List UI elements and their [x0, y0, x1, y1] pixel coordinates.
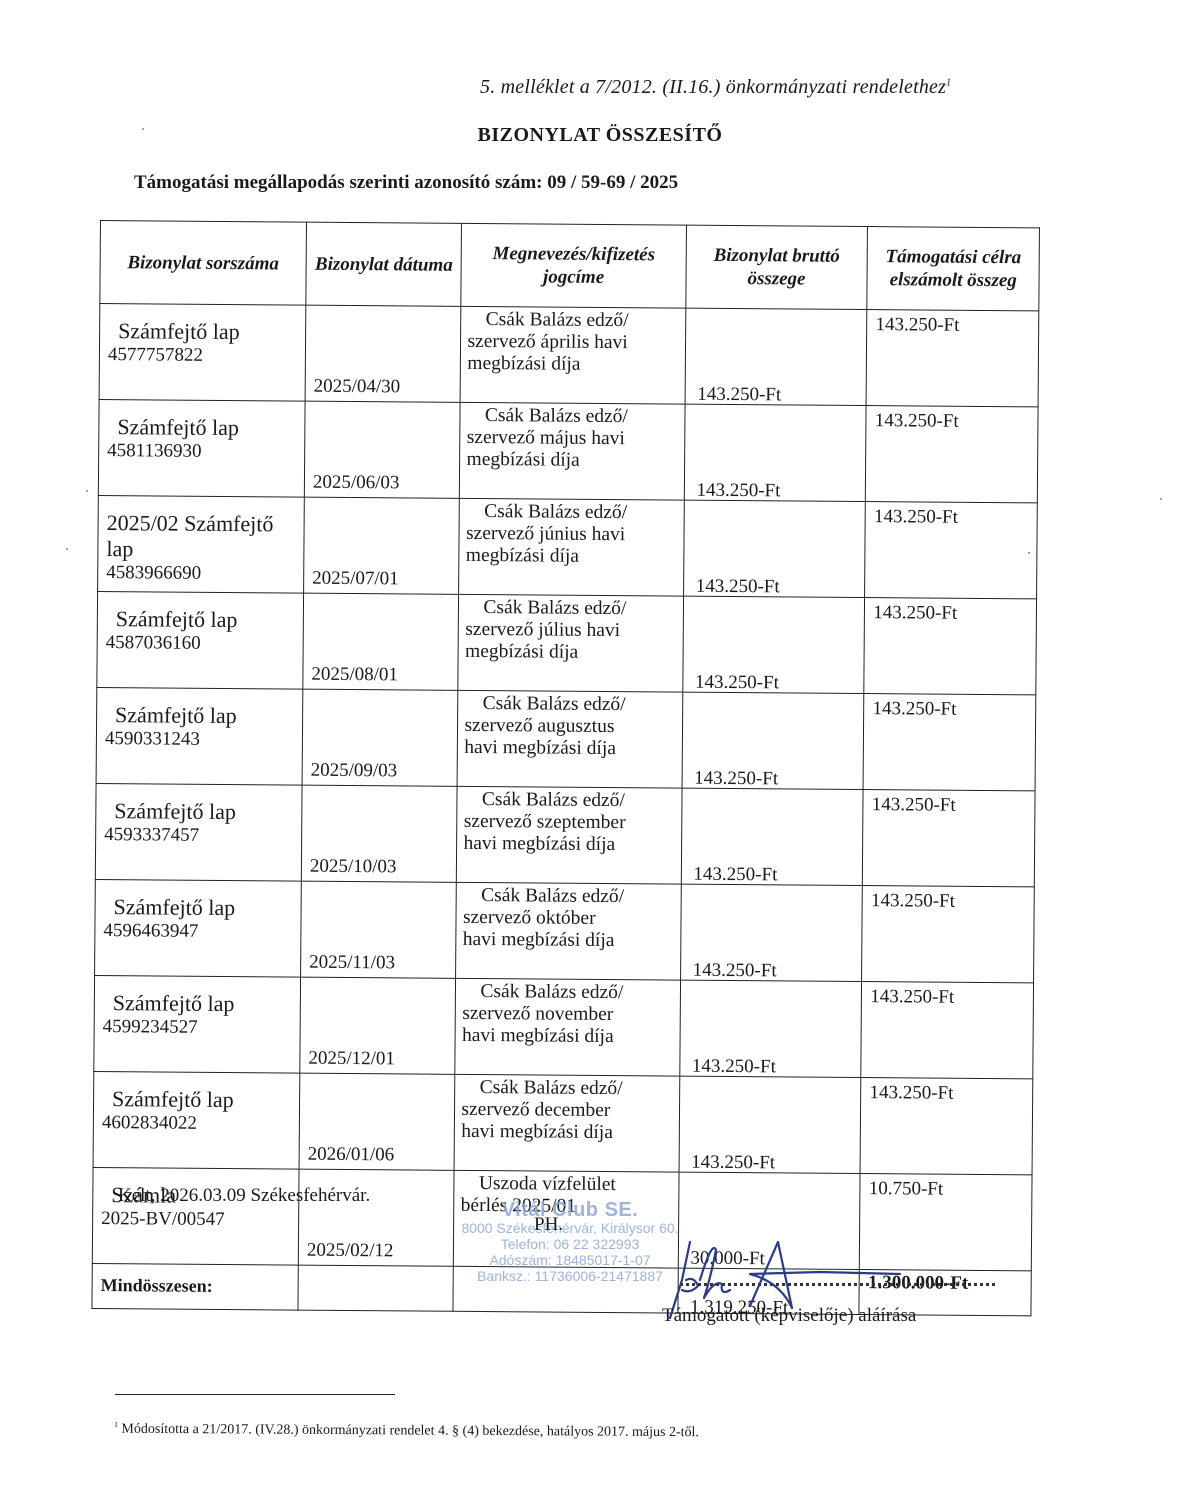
description-cell: Csák Balázs edző/szervező szeptemberhavi…: [457, 786, 682, 884]
receipt-summary-table: Bizonylat sorszáma Bizonylat dátuma Megn…: [91, 220, 1040, 1316]
doc-number: 4587036160: [106, 632, 297, 655]
description-line: Csák Balázs edző/: [463, 885, 676, 909]
doc-type: Számfejtő lap: [102, 1086, 293, 1113]
supported-cell: 143.250-Ft: [860, 1078, 1032, 1175]
gross-cell: 143.250-Ft: [685, 308, 867, 405]
supported-amount: 10.750-Ft: [869, 1178, 944, 1201]
description-line: Csák Balázs edző/: [464, 789, 677, 813]
document-title: BIZONYLAT ÖSSZESÍTŐ: [0, 124, 1200, 147]
description-line: Csák Balázs edző/: [465, 597, 678, 621]
gross-cell: 143.250-Ft: [683, 500, 865, 597]
total-date-cell: [298, 1265, 454, 1311]
description-line: havi megbízási díja: [463, 833, 676, 857]
description-line: szervező augusztus: [464, 715, 677, 739]
table-row: Számfejtő lap 4593337457 2025/10/03 Csák…: [95, 783, 1035, 886]
gross-amount: 143.250-Ft: [696, 576, 780, 599]
supported-amount: 143.250-Ft: [869, 1082, 953, 1105]
description-line: Csák Balázs edző/: [462, 981, 675, 1005]
doc-cell: Számfejtő lap 4581136930: [98, 399, 305, 497]
doc-cell: Számfejtő lap 4590331243: [96, 687, 303, 785]
date-cell: 2025/04/30: [305, 305, 461, 402]
doc-number: 4581136930: [107, 440, 298, 463]
gross-cell: 143.250-Ft: [682, 596, 864, 693]
supported-amount: 143.250-Ft: [872, 794, 956, 817]
column-header-supported-amount: Támogatási célra elszámolt összeg: [867, 227, 1039, 311]
doc-number: 4599234527: [103, 1016, 294, 1039]
description-line: Uszoda vízfelület: [461, 1173, 674, 1197]
description-line: Csák Balázs edző/: [467, 405, 680, 429]
gross-amount: 143.250-Ft: [692, 1056, 776, 1079]
description-line: megbízási díja: [466, 449, 679, 473]
date-cell: 2025/11/03: [301, 881, 457, 978]
description-line: szervező november: [462, 1003, 675, 1027]
gross-amount: 143.250-Ft: [693, 864, 777, 887]
supported-amount: 143.250-Ft: [875, 410, 959, 433]
description-line: havi megbízási díja: [461, 1121, 674, 1145]
supported-amount: 143.250-Ft: [871, 890, 955, 913]
gross-cell: 143.250-Ft: [680, 884, 862, 981]
supported-cell: 143.250-Ft: [863, 790, 1035, 887]
doc-cell: Számfejtő lap 4599234527: [94, 975, 301, 1073]
description-cell: Csák Balázs edző/szervező augusztushavi …: [458, 690, 683, 788]
date-cell: 2026/01/06: [299, 1073, 455, 1170]
description-line: havi megbízási díja: [463, 929, 676, 953]
doc-number: 2025-BV/00547: [101, 1208, 292, 1231]
doc-type: Számfejtő lap: [108, 318, 299, 345]
gross-cell: 143.250-Ft: [679, 980, 861, 1077]
description-cell: Csák Balázs edző/szervező októberhavi me…: [456, 882, 681, 980]
description-line: szervező április havi: [467, 331, 680, 355]
doc-date: 2025/12/01: [308, 1048, 395, 1071]
doc-number: 4583966690: [106, 562, 297, 585]
column-header-doc-number: Bizonylat sorszáma: [100, 221, 307, 306]
gross-cell: 143.250-Ft: [684, 404, 866, 501]
gross-amount: 143.250-Ft: [694, 768, 778, 791]
doc-cell: Számfejtő lap 4596463947: [95, 879, 302, 977]
supported-cell: 143.250-Ft: [863, 694, 1035, 791]
description-line: Csák Balázs edző/: [462, 1077, 675, 1101]
agreement-id-line: Támogatási megállapodás szerinti azonosí…: [134, 172, 678, 194]
doc-date: 2025/10/03: [310, 856, 397, 879]
footnote-ref: 1: [114, 1420, 118, 1429]
description-line: szervező december: [461, 1099, 674, 1123]
table-row: Számfejtő lap 4581136930 2025/06/03 Csák…: [98, 399, 1038, 502]
signature-label: Támogatott (képviselője) aláírása: [662, 1305, 916, 1327]
description-line: Csák Balázs edző/: [465, 693, 678, 717]
date-cell: 2025/06/03: [304, 401, 460, 498]
description-line: szervező október: [463, 907, 676, 931]
doc-date: 2025/02/12: [307, 1240, 394, 1263]
description-cell: Csák Balázs edző/szervező május havimegb…: [460, 402, 685, 500]
table-row: Számfejtő lap 4599234527 2025/12/01 Csák…: [94, 975, 1034, 1078]
gross-cell: 143.250-Ft: [682, 692, 864, 789]
doc-number: 4602834022: [102, 1112, 293, 1135]
doc-date: 2025/04/30: [314, 376, 401, 399]
table-row: Számfejtő lap 4602834022 2026/01/06 Csák…: [93, 1071, 1033, 1174]
supported-cell: 143.250-Ft: [866, 310, 1038, 407]
supported-amount: 143.250-Ft: [875, 314, 959, 337]
supported-cell: 143.250-Ft: [861, 982, 1033, 1079]
table-row: Számfejtő lap 4596463947 2025/11/03 Csák…: [95, 879, 1035, 982]
gross-amount: 143.250-Ft: [691, 1152, 775, 1175]
date-cell: 2025/07/01: [304, 497, 460, 594]
description-line: szervező július havi: [465, 619, 678, 643]
doc-date: 2025/06/03: [313, 472, 400, 495]
gross-cell: 143.250-Ft: [679, 1076, 861, 1173]
doc-type: Számfejtő lap: [104, 894, 295, 921]
supported-cell: 143.250-Ft: [862, 886, 1034, 983]
place-and-date: Kelt, 2026.03.09 Székesfehérvár.: [118, 1185, 370, 1207]
date-cell: 2025/12/01: [300, 977, 456, 1074]
description-line: megbízási díja: [466, 545, 679, 569]
column-header-doc-date: Bizonylat dátuma: [306, 222, 462, 306]
description-line: Csák Balázs edző/: [468, 309, 681, 333]
doc-number: 4596463947: [103, 920, 294, 943]
date-cell: 2025/09/03: [302, 689, 458, 786]
footnote-separator: [115, 1394, 395, 1395]
supported-cell: 143.250-Ft: [864, 598, 1036, 695]
description-line: Csák Balázs edző/: [466, 501, 679, 525]
gross-amount: 143.250-Ft: [696, 480, 780, 503]
doc-number: 4590331243: [105, 728, 296, 751]
footnote-text: Módosította a 21/2017. (IV.28.) önkormán…: [121, 1422, 699, 1441]
description-cell: Csák Balázs edző/szervező július havimeg…: [458, 594, 683, 692]
doc-date: 2025/11/03: [309, 952, 395, 975]
total-label: Mindösszesen:: [101, 1274, 213, 1297]
description-cell: Csák Balázs edző/szervező decemberhavi m…: [455, 1074, 680, 1172]
date-cell: 2025/08/01: [303, 593, 459, 690]
seal-placeholder: PH.: [534, 1214, 563, 1236]
column-header-description: Megnevezés/kifizetés jogcíme: [461, 223, 686, 308]
doc-cell: Számfejtő lap 4587036160: [97, 591, 304, 689]
doc-type: Számfejtő lap: [106, 606, 297, 633]
stamp-name: Vitál Club SE.: [440, 1200, 700, 1220]
description-line: megbízási díja: [465, 641, 678, 665]
doc-number: 4577757822: [108, 344, 299, 367]
doc-cell: Számfejtő lap 4602834022: [93, 1071, 300, 1169]
description-line: havi megbízási díja: [464, 737, 677, 761]
doc-cell: 2025/02 Számfejtő lap 4583966690: [98, 495, 305, 593]
table-row: Számfejtő lap 4587036160 2025/08/01 Csák…: [97, 591, 1037, 694]
doc-number: 4593337457: [104, 824, 295, 847]
table-header-row: Bizonylat sorszáma Bizonylat dátuma Megn…: [100, 221, 1040, 311]
table-row: Számfejtő lap 4577757822 2025/04/30 Csák…: [99, 304, 1039, 407]
date-cell: 2025/02/12: [298, 1169, 454, 1266]
description-line: megbízási díja: [467, 353, 680, 377]
doc-type: 2025/02 Számfejtő lap: [106, 510, 297, 563]
description-line: szervező május havi: [467, 427, 680, 451]
supported-cell: 143.250-Ft: [865, 502, 1037, 599]
description-cell: Csák Balázs edző/szervező június havimeg…: [459, 498, 684, 596]
doc-cell: Számfejtő lap 4577757822: [99, 304, 306, 402]
description-line: havi megbízási díja: [462, 1025, 675, 1049]
doc-type: Számfejtő lap: [103, 990, 294, 1017]
footnote-marker: 1: [946, 77, 951, 88]
description-cell: Csák Balázs edző/szervező novemberhavi m…: [455, 978, 680, 1076]
supported-amount: 143.250-Ft: [872, 698, 956, 721]
gross-amount: 143.250-Ft: [693, 960, 777, 983]
doc-cell: Számfejtő lap 4593337457: [95, 783, 302, 881]
doc-date: 2026/01/06: [308, 1144, 395, 1167]
supported-amount: 143.250-Ft: [870, 986, 954, 1009]
doc-date: 2025/07/01: [312, 568, 399, 591]
gross-amount: 143.250-Ft: [695, 672, 779, 695]
doc-type: Számfejtő lap: [104, 798, 295, 825]
doc-date: 2025/09/03: [311, 760, 398, 783]
gross-cell: 143.250-Ft: [681, 788, 863, 885]
table-row: Számfejtő lap 4590331243 2025/09/03 Csák…: [96, 687, 1036, 790]
table-row: 2025/02 Számfejtő lap 4583966690 2025/07…: [98, 495, 1038, 598]
footnote: 1 Módosította a 21/2017. (IV.28.) önkorm…: [114, 1420, 699, 1441]
supported-amount: 143.250-Ft: [874, 506, 958, 529]
date-cell: 2025/10/03: [301, 785, 457, 882]
description-cell: Csák Balázs edző/szervező április havime…: [461, 306, 686, 404]
column-header-gross-amount: Bizonylat bruttó összege: [685, 225, 867, 309]
doc-cell: Számla 2025-BV/00547: [92, 1167, 299, 1265]
annex-reference: 5. melléklet a 7/2012. (II.16.) önkormán…: [480, 76, 951, 99]
description-line: szervező szeptember: [464, 811, 677, 835]
doc-type: Számfejtő lap: [107, 414, 298, 441]
supported-cell: 143.250-Ft: [866, 406, 1038, 503]
description-line: szervező június havi: [466, 523, 679, 547]
supported-amount: 143.250-Ft: [873, 602, 957, 625]
annex-text: 5. melléklet a 7/2012. (II.16.) önkormán…: [480, 76, 946, 98]
doc-type: Számfejtő lap: [105, 702, 296, 729]
total-label-cell: Mindösszesen:: [92, 1263, 298, 1310]
doc-date: 2025/08/01: [311, 664, 398, 687]
gross-amount: 143.250-Ft: [697, 384, 781, 407]
